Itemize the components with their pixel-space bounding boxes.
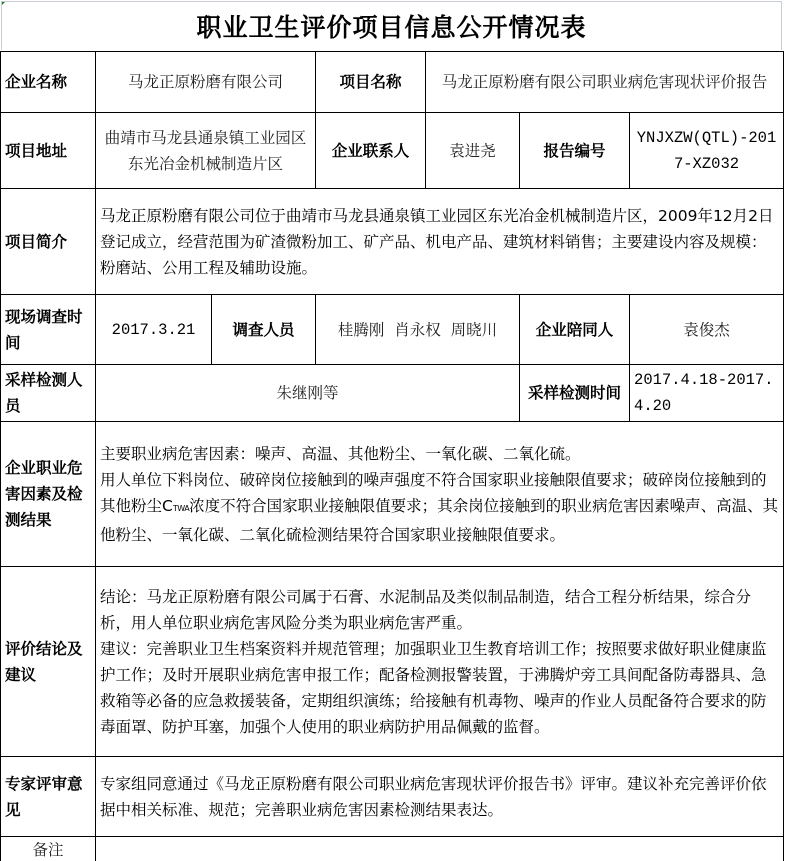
- project-name-label: 项目名称: [316, 52, 426, 113]
- table-row-company: 企业名称 马龙正原粉磨有限公司 项目名称 马龙正原粉磨有限公司职业病危害现状评价…: [1, 52, 784, 113]
- hazard-detail-post: 浓度不符合国家职业接触限值要求；其余岗位接触到的职业病危害因素噪声、高温、其他粉…: [100, 497, 778, 544]
- twa-subscript: TWA: [173, 504, 189, 513]
- suggestion-paragraph: 建议：完善职业卫生档案资料并规范管理；加强职业卫生教育培训工作；按照要求做好职业…: [100, 636, 779, 740]
- survey-date-label: 现场调查时间: [1, 295, 96, 365]
- hazard-detail: 用人单位下料岗位、破碎岗位接触到的噪声强度不符合国家职业接触限值要求；破碎岗位接…: [100, 467, 779, 548]
- page-title: 职业卫生评价项目信息公开情况表: [1, 1, 782, 50]
- table-row-conclusion: 评价结论及建议 结论：马龙正原粉磨有限公司属于石膏、水泥制品及类似制品制造，结合…: [1, 567, 784, 757]
- project-address-value[interactable]: 曲靖市马龙县通泉镇工业园区东光冶金机械制造片区: [96, 113, 316, 189]
- expert-opinion-text[interactable]: 专家组同意通过《马龙正原粉磨有限公司职业病危害现状评价报告书》评审。建议补充完善…: [96, 757, 784, 837]
- table-row-expert: 专家评审意见 专家组同意通过《马龙正原粉磨有限公司职业病危害现状评价报告书》评审…: [1, 757, 784, 837]
- remarks-label: 备注: [1, 837, 96, 861]
- table-row-address: 项目地址 曲靖市马龙县通泉镇工业园区东光冶金机械制造片区 企业联系人 袁进尧 报…: [1, 113, 784, 189]
- hazard-results-text[interactable]: 主要职业病危害因素：噪声、高温、其他粉尘、一氧化碳、二氧化硫。 用人单位下料岗位…: [96, 422, 784, 567]
- hazard-main-factors: 主要职业病危害因素：噪声、高温、其他粉尘、一氧化碳、二氧化硫。: [100, 441, 779, 467]
- table-row-hazards: 企业职业危害因素及检测结果 主要职业病危害因素：噪声、高温、其他粉尘、一氧化碳、…: [1, 422, 784, 567]
- expert-opinion-label: 专家评审意见: [1, 757, 96, 837]
- company-contact-label: 企业联系人: [316, 113, 426, 189]
- report-number-value[interactable]: YNJXZW(QTL)-2017-XZ032: [630, 113, 784, 189]
- hazard-results-label: 企业职业危害因素及检测结果: [1, 422, 96, 567]
- project-summary-label: 项目简介: [1, 189, 96, 295]
- report-number-label: 报告编号: [520, 113, 630, 189]
- spreadsheet-sheet: 职业卫生评价项目信息公开情况表 企业名称 马龙正原粉磨有限公司 项目名称 马龙正…: [0, 0, 785, 861]
- conclusion-paragraph: 结论：马龙正原粉磨有限公司属于石膏、水泥制品及类似制品制造，结合工程分析结果，综…: [100, 584, 779, 636]
- survey-date-value[interactable]: 2017.3.21: [96, 295, 212, 365]
- company-escort-value[interactable]: 袁俊杰: [630, 295, 784, 365]
- table-row-sampling: 采样检测人员 朱继刚等 采样检测时间 2017.4.18-2017.4.20: [1, 365, 784, 422]
- sampling-staff-value[interactable]: 朱继刚等: [96, 365, 520, 422]
- table-row-survey: 现场调查时间 2017.3.21 调查人员 桂腾刚 肖永权 周晓川 企业陪同人 …: [1, 295, 784, 365]
- sampling-staff-label: 采样检测人员: [1, 365, 96, 422]
- sampling-time-value[interactable]: 2017.4.18-2017.4.20: [630, 365, 784, 422]
- company-name-value[interactable]: 马龙正原粉磨有限公司: [96, 52, 316, 113]
- conclusion-label: 评价结论及建议: [1, 567, 96, 757]
- project-name-value[interactable]: 马龙正原粉磨有限公司职业病危害现状评价报告: [426, 52, 784, 113]
- company-contact-value[interactable]: 袁进尧: [426, 113, 520, 189]
- project-address-label: 项目地址: [1, 113, 96, 189]
- company-escort-label: 企业陪同人: [520, 295, 630, 365]
- sampling-time-label: 采样检测时间: [520, 365, 630, 422]
- survey-staff-value[interactable]: 桂腾刚 肖永权 周晓川: [316, 295, 520, 365]
- company-name-label: 企业名称: [1, 52, 96, 113]
- table-row-remarks: 备注: [1, 837, 784, 861]
- conclusion-text[interactable]: 结论：马龙正原粉磨有限公司属于石膏、水泥制品及类似制品制造，结合工程分析结果，综…: [96, 567, 784, 757]
- remarks-value[interactable]: [96, 837, 784, 861]
- table-row-summary: 项目简介 马龙正原粉磨有限公司位于曲靖市马龙县通泉镇工业园区东光冶金机械制造片区…: [1, 189, 784, 295]
- info-table: 企业名称 马龙正原粉磨有限公司 项目名称 马龙正原粉磨有限公司职业病危害现状评价…: [0, 51, 784, 861]
- project-summary-text[interactable]: 马龙正原粉磨有限公司位于曲靖市马龙县通泉镇工业园区东光冶金机械制造片区，2009…: [96, 189, 784, 295]
- survey-staff-label: 调查人员: [212, 295, 316, 365]
